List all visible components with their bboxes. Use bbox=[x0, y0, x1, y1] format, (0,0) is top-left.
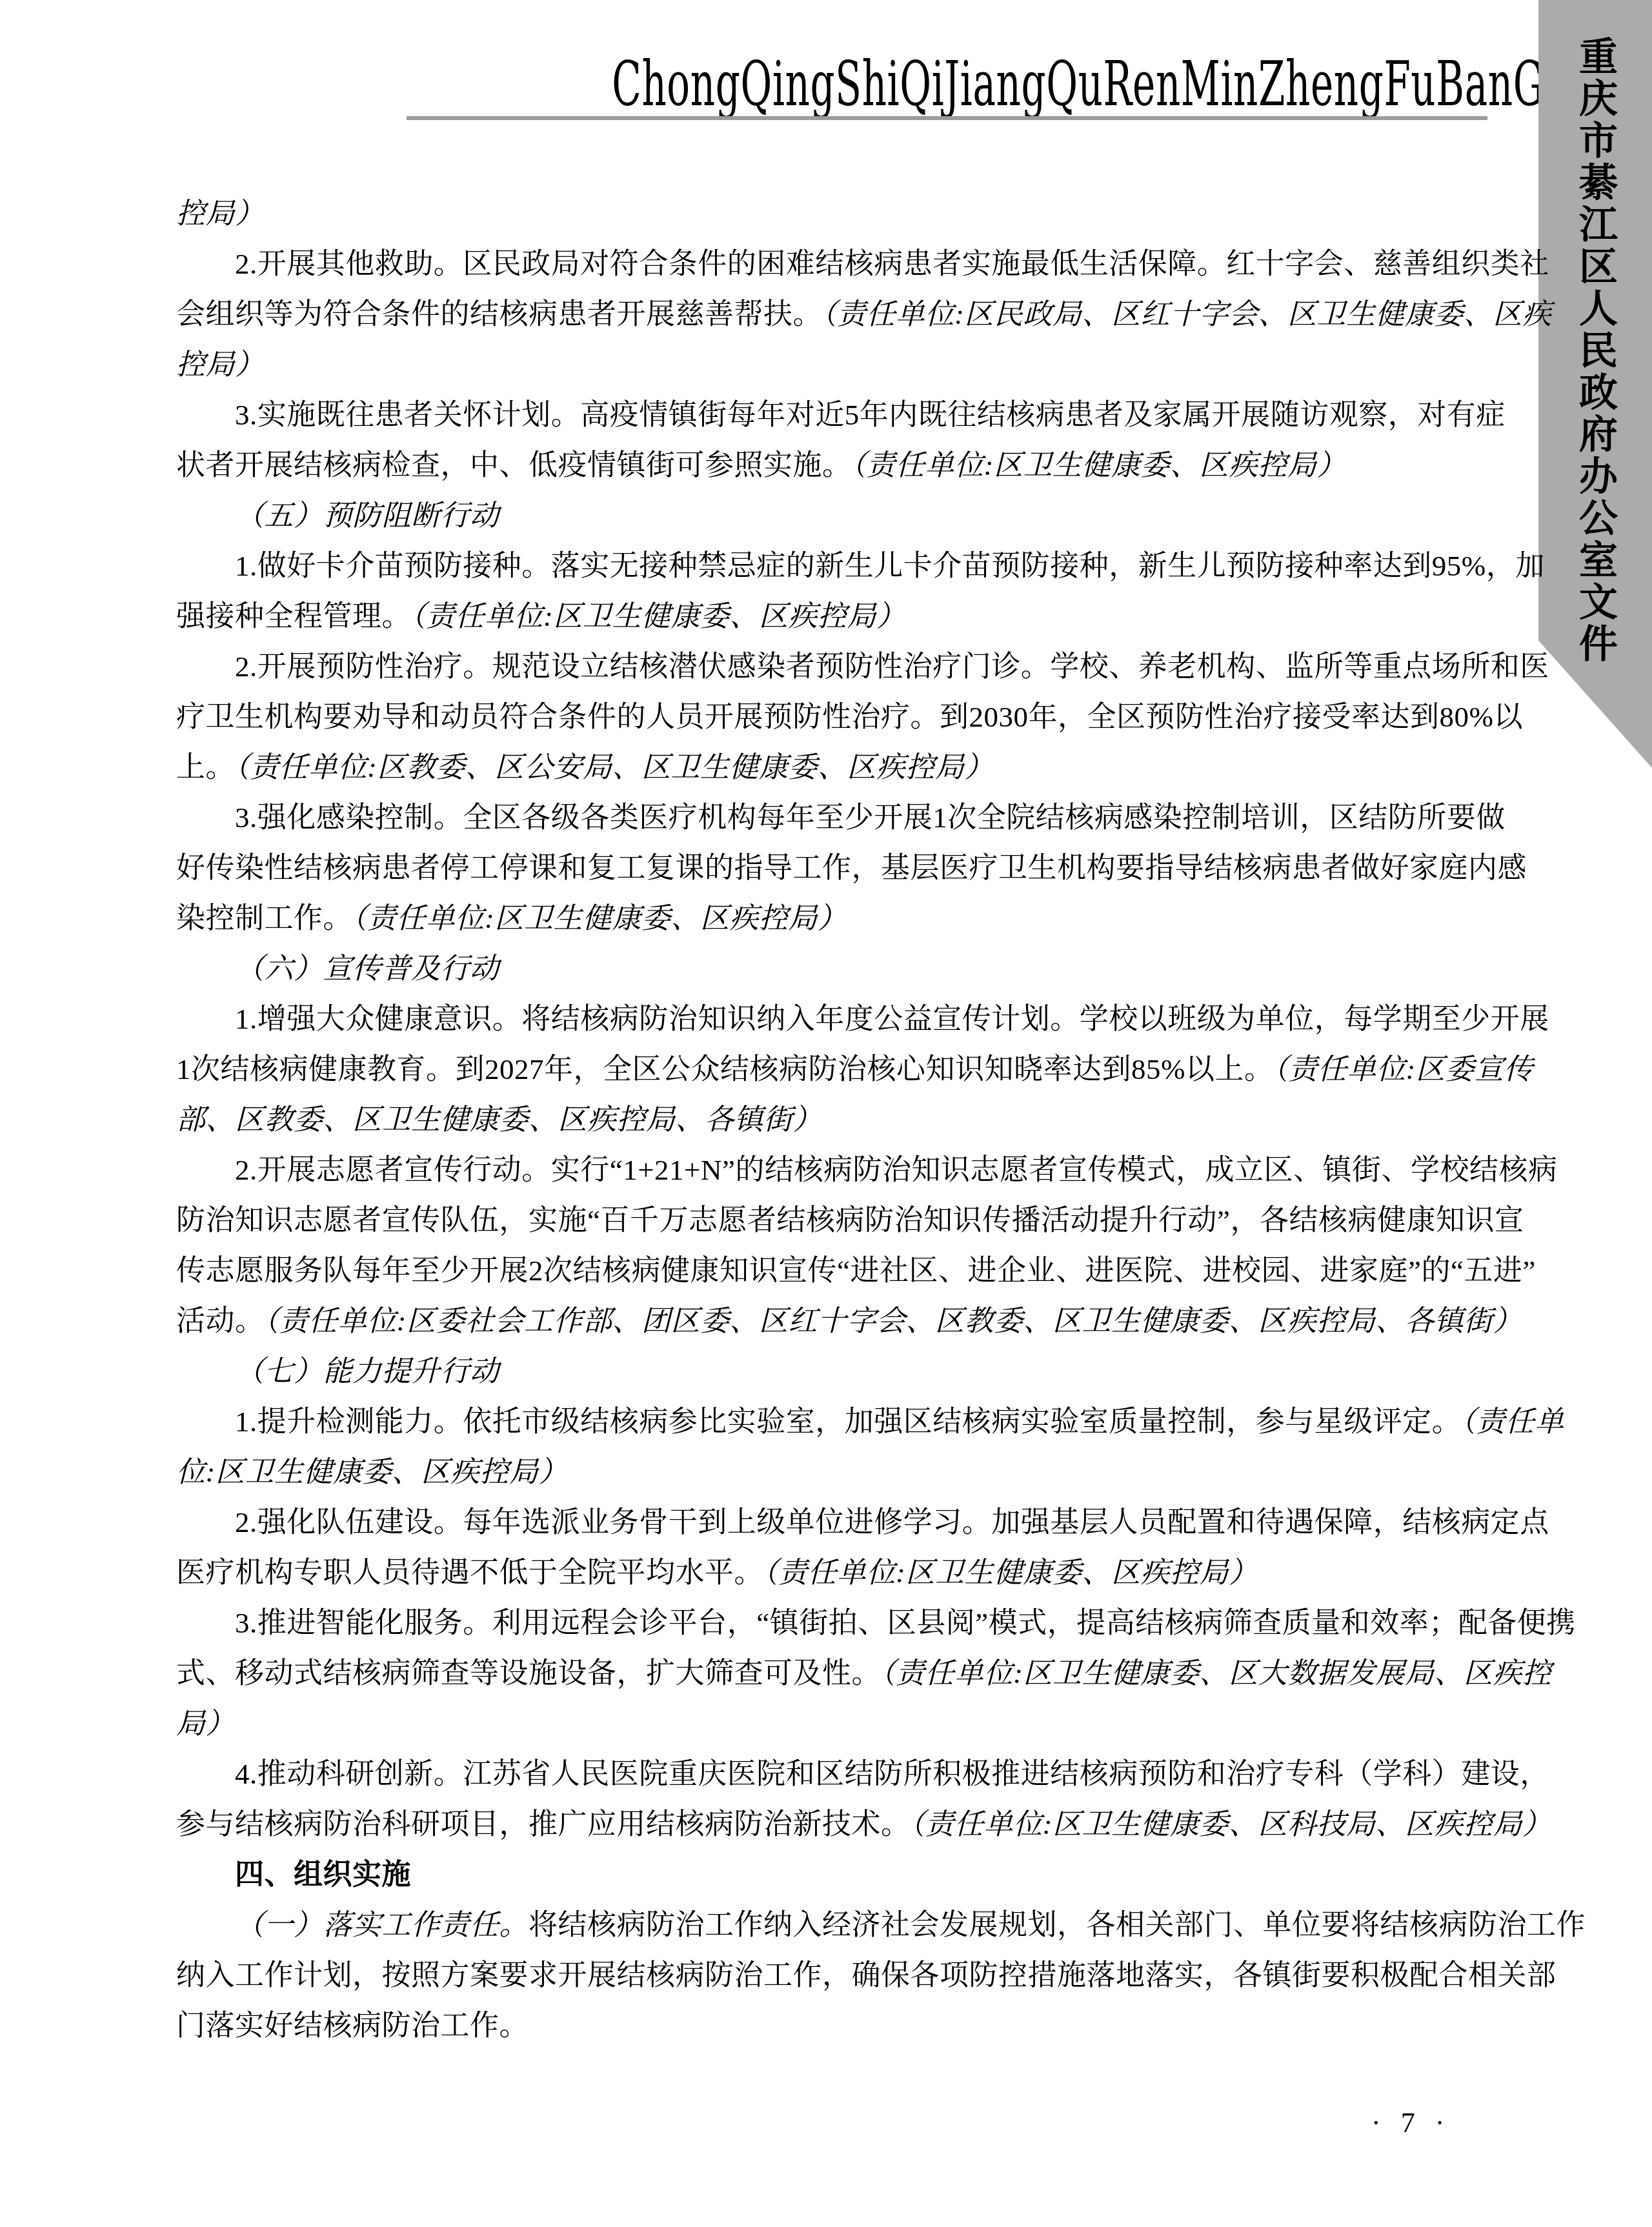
text-segment-kai: （一）落实工作责任。 bbox=[235, 1909, 529, 1941]
text-segment-song: 3.实施既往患者关怀计划。高疫情镇街每年对近5年内既往结核病患者及家属开展随访观… bbox=[235, 399, 1506, 431]
text-segment-song: 3.强化感染控制。全区各级各类医疗机构每年至少开展1次全院结核病感染控制培训，区… bbox=[235, 801, 1506, 834]
text-line: 染控制工作。（责任单位:区卫生健康委、区疾控局） bbox=[176, 893, 1486, 943]
text-segment-song: 上。 bbox=[176, 751, 235, 783]
text-segment-song: 1.做好卡介苗预防接种。落实无接种禁忌症的新生儿卡介苗预防接种，新生儿预防接种率… bbox=[235, 550, 1545, 582]
text-line: 疗卫生机构要劝导和动员符合条件的人员开展预防性治疗。到2030年，全区预防性治疗… bbox=[176, 692, 1486, 742]
text-segment-song: 强接种全程管理。 bbox=[176, 600, 411, 632]
text-line: 2.开展预防性治疗。规范设立结核潜伏感染者预防性治疗门诊。学校、养老机构、监所等… bbox=[176, 641, 1486, 692]
document-page: ChongQingShiQiJiangQuRenMinZhengFuBanGon… bbox=[0, 0, 1652, 2227]
text-line: 医疗机构专职人员待遇不低于全院平均水平。（责任单位:区卫生健康委、区疾控局） bbox=[176, 1547, 1486, 1598]
text-line: 3.推进智能化服务。利用远程会诊平台，“镇街拍、区县阅”模式，提高结核病筛查质量… bbox=[176, 1598, 1486, 1648]
text-line: 参与结核病防治科研项目，推广应用结核病防治新技术。（责任单位:区卫生健康委、区科… bbox=[176, 1799, 1486, 1849]
text-line: 3.强化感染控制。全区各级各类医疗机构每年至少开展1次全院结核病感染控制培训，区… bbox=[176, 792, 1486, 843]
text-segment-song: 将结核病防治工作纳入经济社会发展规划，各相关部门、单位要将结核病防治工作 bbox=[529, 1909, 1586, 1941]
text-line: 4.推动科研创新。江苏省人民医院重庆医院和区结防所积极推进结核病预防和治疗专科（… bbox=[176, 1749, 1486, 1799]
text-segment-kai: 位:区卫生健康委、区疾控局） bbox=[176, 1456, 568, 1488]
text-segment-kai: （责任单位:区卫生健康委、区疾控局） bbox=[352, 902, 847, 934]
text-line: 2.开展其他救助。区民政局对符合条件的困难结核病患者实施最低生活保障。红十字会、… bbox=[176, 239, 1486, 289]
text-segment-kai: （七）能力提升行动 bbox=[235, 1355, 499, 1387]
text-segment-song: 疗卫生机构要劝导和动员符合条件的人员开展预防性治疗。到2030年，全区预防性治疗… bbox=[176, 701, 1523, 733]
text-segment-kai: （责任单位:区卫生健康委、区疾控局） bbox=[763, 1557, 1258, 1589]
text-segment-song: 1次结核病健康教育。到2027年，全区公众结核病防治核心知识知晓率达到85%以上… bbox=[176, 1053, 1274, 1085]
text-line: 纳入工作计划，按照方案要求开展结核病防治工作，确保各项防控措施落地落实，各镇街要… bbox=[176, 1950, 1486, 2000]
text-segment-kai: 控局） bbox=[176, 197, 265, 230]
text-segment-song: 状者开展结核病检查，中、低疫情镇街可参照实施。 bbox=[176, 449, 852, 481]
sidebar-banner-ribbon: 重庆市綦江区人民政府办公室文件 bbox=[1538, 0, 1652, 768]
text-segment-song: 1.增强大众健康意识。将结核病防治知识纳入年度公益宣传计划。学校以班级为单位，每… bbox=[235, 1003, 1549, 1035]
text-segment-kai: （责任单位:区委宣传 bbox=[1274, 1053, 1534, 1085]
text-line: （五）预防阻断行动 bbox=[176, 490, 1486, 541]
text-line: （七）能力提升行动 bbox=[176, 1346, 1486, 1396]
text-line: 会组织等为符合条件的结核病患者开展慈善帮扶。（责任单位:区民政局、区红十字会、区… bbox=[176, 289, 1486, 339]
text-line: 活动。（责任单位:区委社会工作部、团区委、区红十字会、区教委、区卫生健康委、区疾… bbox=[176, 1296, 1486, 1346]
header-romanized-title: ChongQingShiQiJiangQuRenMinZhengFuBanGon… bbox=[612, 52, 1282, 116]
text-line: 控局） bbox=[176, 339, 1486, 390]
text-segment-song: 好传染性结核病患者停工停课和复工复课的指导工作，基层医疗卫生机构要指导结核病患者… bbox=[176, 852, 1527, 884]
text-segment-kai: （责任单位:区民政局、区红十字会、区卫生健康委、区疾 bbox=[822, 298, 1552, 330]
text-line: 1.提升检测能力。依托市级结核病参比实验室，加强区结核病实验室质量控制，参与星级… bbox=[176, 1396, 1486, 1447]
text-segment-kai: 部、区教委、区卫生健康委、区疾控局、各镇街） bbox=[176, 1103, 822, 1136]
text-segment-song: 2.强化队伍建设。每年选派业务骨干到上级单位进修学习。加强基层人员配置和待遇保障… bbox=[235, 1506, 1549, 1538]
text-segment-kai: （责任单位:区卫生健康委、区疾控局） bbox=[852, 449, 1347, 481]
text-segment-kai: （五）预防阻断行动 bbox=[235, 499, 499, 532]
text-line: （六）宣传普及行动 bbox=[176, 943, 1486, 994]
text-line: 好传染性结核病患者停工停课和复工复课的指导工作，基层医疗卫生机构要指导结核病患者… bbox=[176, 843, 1486, 893]
text-line: 2.强化队伍建设。每年选派业务骨干到上级单位进修学习。加强基层人员配置和待遇保障… bbox=[176, 1497, 1486, 1547]
text-line: 2.开展志愿者宣传行动。实行“1+21+N”的结核病防治知识志愿者宣传模式，成立… bbox=[176, 1145, 1486, 1195]
text-segment-song: 传志愿服务队每年至少开展2次结核病健康知识宣传“进社区、进企业、进医院、进校园、… bbox=[176, 1255, 1536, 1287]
text-line: 传志愿服务队每年至少开展2次结核病健康知识宣传“进社区、进企业、进医院、进校园、… bbox=[176, 1245, 1486, 1296]
text-segment-kai: （责任单位:区卫生健康委、区疾控局） bbox=[411, 600, 906, 632]
text-segment-song: 医疗机构专职人员待遇不低于全院平均水平。 bbox=[176, 1557, 763, 1589]
text-segment-hei: 四、组织实施 bbox=[235, 1858, 411, 1891]
text-segment-kai: （责任单位:区卫生健康委、区科技局、区疾控局） bbox=[911, 1808, 1552, 1840]
text-line: 门落实好结核病防治工作。 bbox=[176, 2000, 1486, 2051]
text-segment-kai: （责任单位:区委社会工作部、团区委、区红十字会、区教委、区卫生健康委、区疾控局、… bbox=[265, 1305, 1523, 1337]
text-segment-song: 4.推动科研创新。江苏省人民医院重庆医院和区结防所积极推进结核病预防和治疗专科（… bbox=[235, 1758, 1549, 1790]
text-segment-song: 式、移动式结核病筛查等设施设备，扩大筛查可及性。 bbox=[176, 1657, 881, 1689]
text-segment-kai: （六）宣传普及行动 bbox=[235, 952, 499, 985]
text-segment-song: 染控制工作。 bbox=[176, 902, 352, 934]
text-segment-song: 3.推进智能化服务。利用远程会诊平台，“镇街拍、区县阅”模式，提高结核病筛查质量… bbox=[235, 1607, 1576, 1639]
header-divider bbox=[407, 116, 1487, 120]
text-segment-song: 会组织等为符合条件的结核病患者开展慈善帮扶。 bbox=[176, 298, 822, 330]
text-line: 上。（责任单位:区教委、区公安局、区卫生健康委、区疾控局） bbox=[176, 742, 1486, 792]
page-number: · 7 · bbox=[1371, 2106, 1451, 2139]
text-segment-kai: （责任单 bbox=[1461, 1406, 1564, 1438]
text-segment-song: 参与结核病防治科研项目，推广应用结核病防治新技术。 bbox=[176, 1808, 911, 1840]
text-segment-song: 防治知识志愿者宣传队伍，实施“百千万志愿者结核病防治知识传播活动提升行动”，各结… bbox=[176, 1204, 1524, 1236]
text-segment-kai: （责任单位:区卫生健康委、区大数据发展局、区疾控 bbox=[881, 1657, 1552, 1689]
text-segment-song: 活动。 bbox=[176, 1305, 265, 1337]
text-line: 状者开展结核病检查，中、低疫情镇街可参照实施。（责任单位:区卫生健康委、区疾控局… bbox=[176, 440, 1486, 490]
text-segment-kai: 局） bbox=[176, 1708, 235, 1740]
text-line: 局） bbox=[176, 1698, 1486, 1749]
text-line: 1.增强大众健康意识。将结核病防治知识纳入年度公益宣传计划。学校以班级为单位，每… bbox=[176, 994, 1486, 1044]
text-line: 四、组织实施 bbox=[176, 1849, 1486, 1900]
text-line: 防治知识志愿者宣传队伍，实施“百千万志愿者结核病防治知识传播活动提升行动”，各结… bbox=[176, 1195, 1486, 1245]
text-segment-song: 2.开展其他救助。区民政局对符合条件的困难结核病患者实施最低生活保障。红十字会、… bbox=[235, 248, 1549, 280]
text-segment-song: 门落实好结核病防治工作。 bbox=[176, 2010, 529, 2042]
text-line: 控局） bbox=[176, 188, 1486, 239]
document-body: 控局）2.开展其他救助。区民政局对符合条件的困难结核病患者实施最低生活保障。红十… bbox=[176, 188, 1486, 2051]
text-segment-kai: （责任单位:区教委、区公安局、区卫生健康委、区疾控局） bbox=[235, 751, 994, 783]
text-line: （一）落实工作责任。将结核病防治工作纳入经济社会发展规划，各相关部门、单位要将结… bbox=[176, 1900, 1486, 1950]
text-line: 1.做好卡介苗预防接种。落实无接种禁忌症的新生儿卡介苗预防接种，新生儿预防接种率… bbox=[176, 541, 1486, 591]
text-line: 式、移动式结核病筛查等设施设备，扩大筛查可及性。（责任单位:区卫生健康委、区大数… bbox=[176, 1648, 1486, 1698]
text-segment-song: 2.开展预防性治疗。规范设立结核潜伏感染者预防性治疗门诊。学校、养老机构、监所等… bbox=[235, 650, 1549, 683]
text-line: 3.实施既往患者关怀计划。高疫情镇街每年对近5年内既往结核病患者及家属开展随访观… bbox=[176, 390, 1486, 440]
text-segment-song: 纳入工作计划，按照方案要求开展结核病防治工作，确保各项防控措施落地落实，各镇街要… bbox=[176, 1959, 1556, 1991]
text-segment-song: 2.开展志愿者宣传行动。实行“1+21+N”的结核病防治知识志愿者宣传模式，成立… bbox=[235, 1154, 1557, 1186]
text-line: 强接种全程管理。（责任单位:区卫生健康委、区疾控局） bbox=[176, 591, 1486, 641]
text-line: 1次结核病健康教育。到2027年，全区公众结核病防治核心知识知晓率达到85%以上… bbox=[176, 1044, 1486, 1094]
text-segment-song: 1.提升检测能力。依托市级结核病参比实验室，加强区结核病实验室质量控制，参与星级… bbox=[235, 1406, 1461, 1438]
sidebar-banner-text: 重庆市綦江区人民政府办公室文件 bbox=[1567, 36, 1623, 665]
text-line: 位:区卫生健康委、区疾控局） bbox=[176, 1447, 1486, 1497]
text-line: 部、区教委、区卫生健康委、区疾控局、各镇街） bbox=[176, 1094, 1486, 1145]
text-segment-kai: 控局） bbox=[176, 348, 265, 381]
